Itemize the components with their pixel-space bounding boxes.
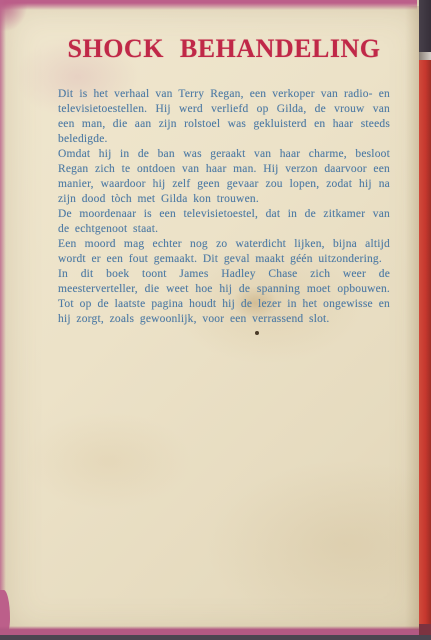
spine-top-dark-segment [419,0,431,52]
spine-gap [419,52,431,60]
cover-edge-left [0,0,6,630]
book-back-cover-photo: SHOCK BEHANDELING Dit is het verhaal van… [0,0,431,640]
table-shadow-bottom [0,635,431,640]
printed-content: SHOCK BEHANDELING Dit is het verhaal van… [58,34,390,327]
blurb-paragraph-2: Omdat hij in de ban was geraakt van haar… [58,147,390,207]
blurb-paragraph-1: Dit is het verhaal van Terry Regan, een … [58,87,390,147]
blurb-paragraph-4: Een moord mag echter nog zo waterdicht l… [58,237,390,267]
book-title: SHOCK BEHANDELING [58,34,390,64]
cover-edge-top [0,0,417,10]
spine-red-band [419,0,431,640]
spine-stripe [419,0,431,640]
blurb-paragraph-5: In dit boek toont James Hadley Chase zic… [58,267,390,327]
page-block-edge [405,6,419,630]
separator-dot [255,331,259,335]
spine-bottom-shadow [419,624,431,635]
blurb-paragraph-3: De moordenaar is een televisietoestel, d… [58,207,390,237]
